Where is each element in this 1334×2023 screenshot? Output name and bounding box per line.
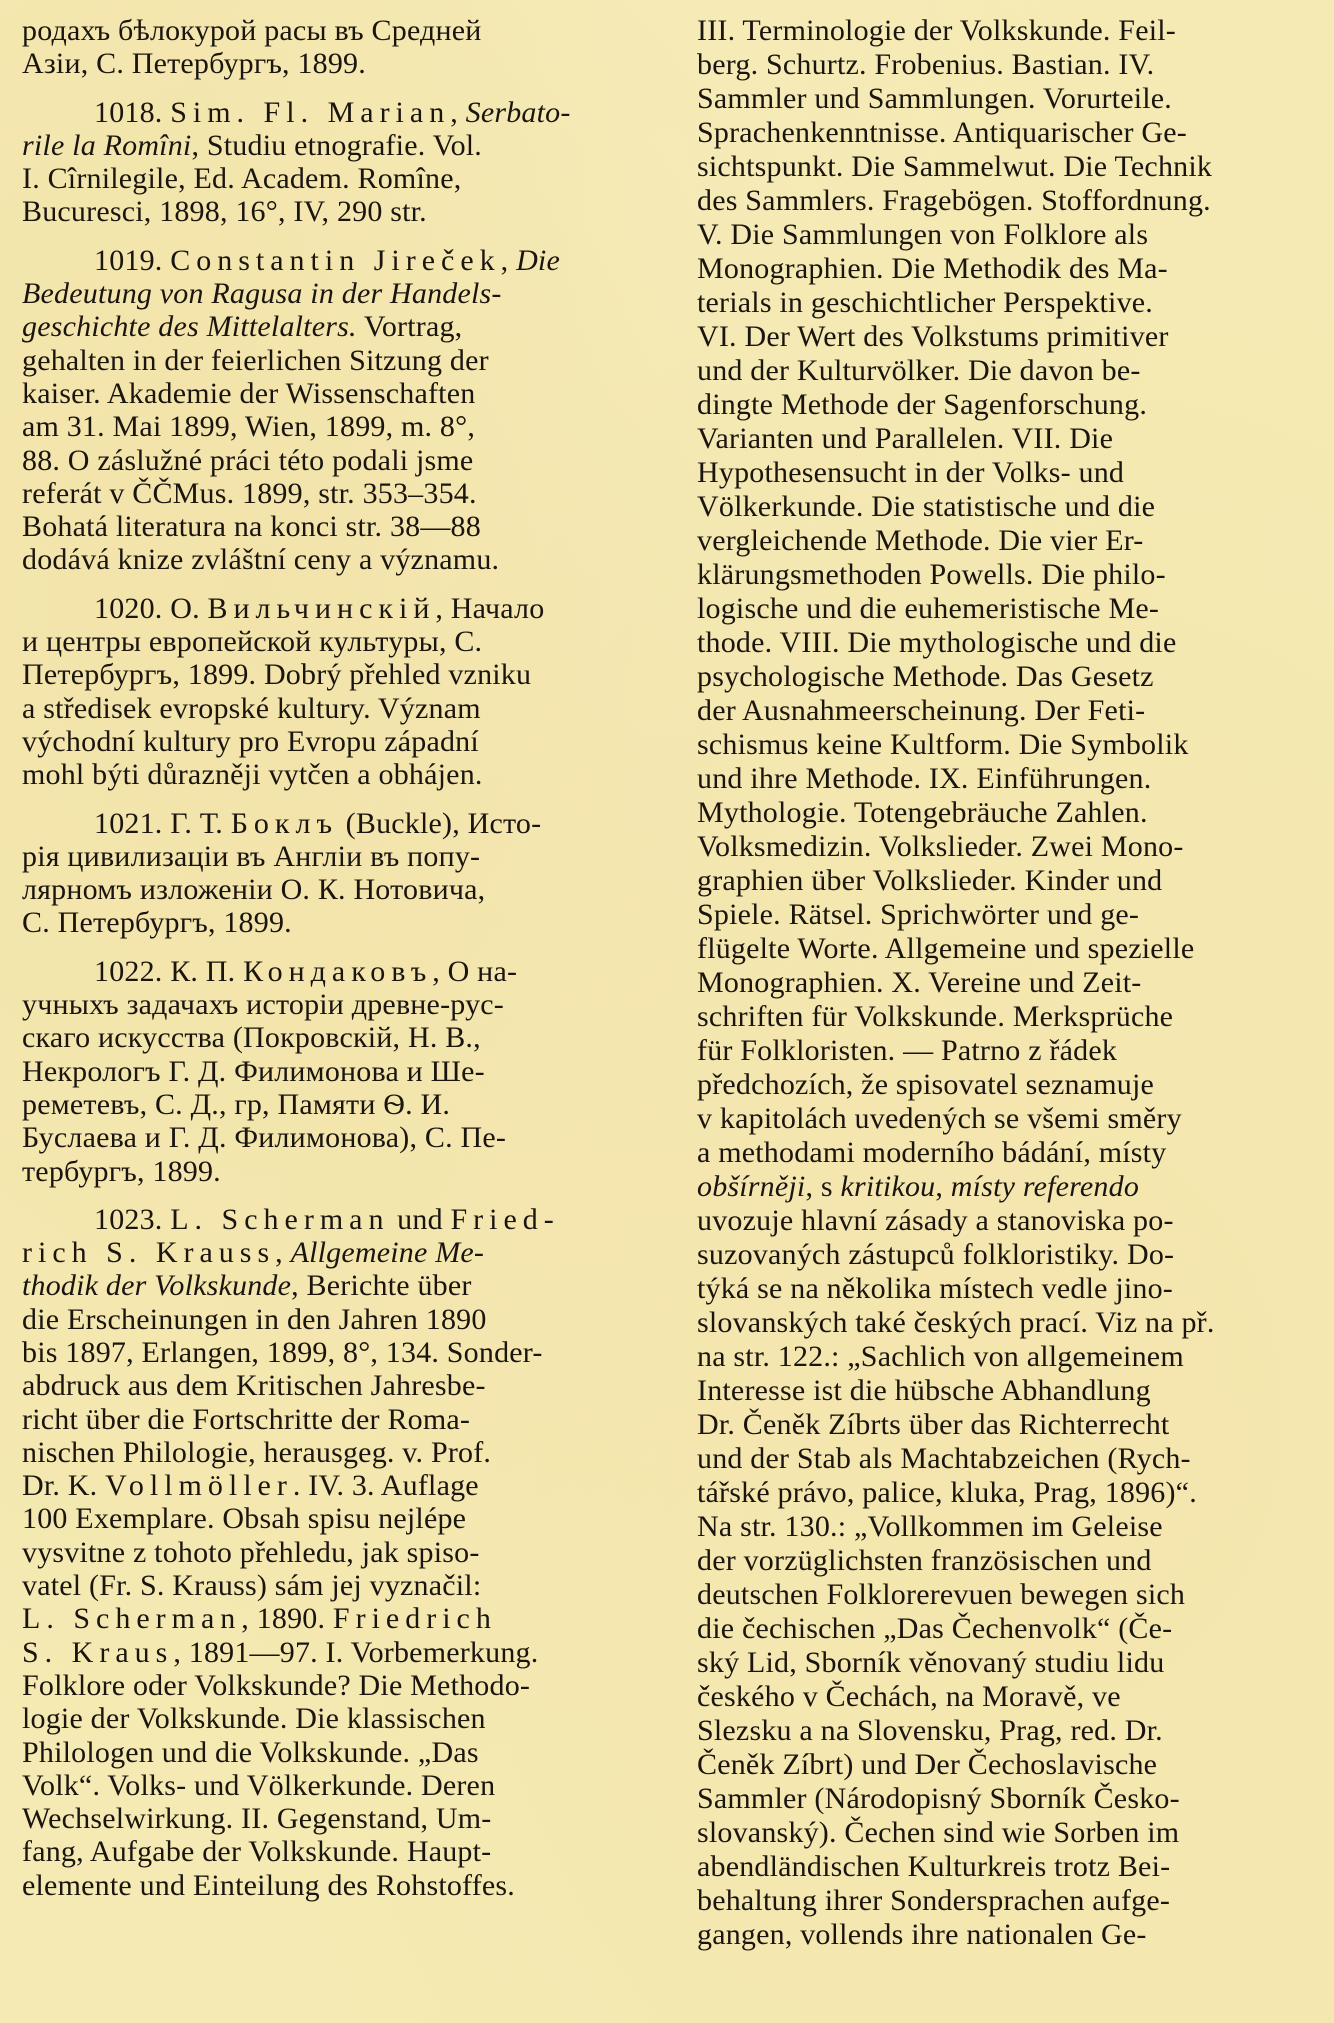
text-run: , Berichte über [291, 1269, 471, 1302]
italic-title: kritikou [840, 1170, 935, 1203]
text-line: kaiser. Akademie der Wissenschaften [22, 377, 642, 410]
left-column: родахъ бѣлокурой расы въ СреднейАзіи, С.… [22, 14, 642, 1917]
text-run: abdruck aus dem Kritischen Jahresbe- [22, 1369, 486, 1402]
text-run: , О на- [432, 955, 517, 988]
text-line: Slezsku a na Slovensku, Prag, red. Dr. [697, 1714, 1317, 1748]
text-line: rile la Romîni, Studiu etnografie. Vol. [22, 129, 642, 162]
text-line: der Ausnahmeerscheinung. Der Feti- [697, 694, 1317, 728]
text-run: gangen, vollends ihre nationalen Ge- [697, 1918, 1147, 1951]
spaced-author-name: Sim. Fl. Marian [170, 96, 450, 129]
italic-title: Die [516, 244, 560, 277]
text-line: am 31. Mai 1899, Wien, 1899, m. 8°, [22, 410, 642, 443]
italic-title: Bedeutung von Ragusa in der Handels- [22, 277, 502, 310]
text-line: 1023. L. Scherman und Fried- [22, 1203, 642, 1236]
text-run: der Ausnahmeerscheinung. Der Feti- [697, 694, 1145, 727]
italic-title: místy referendo [951, 1170, 1139, 1203]
text-line: родахъ бѣлокурой расы въ Средней [22, 14, 642, 47]
spaced-author-name: Кондаковъ [243, 955, 432, 988]
text-run: 100 Exemplare. Obsah spisu nejlépe [22, 1502, 466, 1535]
text-line: Čeněk Zíbrt) und Der Čechoslavische [697, 1748, 1317, 1782]
text-line: psychologische Methode. Das Gesetz [697, 660, 1317, 694]
text-line: východní kultury pro Evropu západní [22, 725, 642, 758]
text-line: реметевъ, С. Д., гр, Памяти Ѳ. И. [22, 1088, 642, 1121]
spaced-author-name: Vollmöller [105, 1469, 293, 1502]
text-line: лярномъ изложеніи О. К. Нотовича, [22, 873, 642, 906]
text-line: Na str. 130.: „Vollkommen im Geleise [697, 1510, 1317, 1544]
text-run: Азіи, С. Петербургъ, 1899. [22, 47, 366, 80]
text-line: 1019. Constantin Jireček, Die [22, 244, 714, 277]
text-run: předchozích, že spisovatel seznamuje [697, 1068, 1154, 1101]
text-line: gehalten in der feierlichen Sitzung der [22, 344, 642, 377]
text-line: учныхъ задачахъ исторіи древне-рус- [22, 988, 642, 1021]
text-line: vatel (Fr. S. Krauss) sám jej vyznačil: [22, 1569, 642, 1602]
text-run: Slezsku a na Slovensku, Prag, red. Dr. [697, 1714, 1163, 1747]
text-run: referát v ČČMus. 1899, str. 353–354. [22, 477, 477, 510]
text-run: und der Stab als Machtabzeichen (Rych- [697, 1442, 1191, 1475]
text-run: berg. Schurtz. Frobenius. Bastian. IV. [697, 48, 1154, 81]
text-run: Spiele. Rätsel. Sprichwörter und ge- [697, 898, 1139, 931]
bibliography-entry: родахъ бѣлокурой расы въ СреднейАзіи, С.… [22, 14, 642, 81]
text-run: Völkerkunde. Die statistische und die [697, 490, 1155, 523]
text-line: deutschen Folklorerevuen bewegen sich [697, 1578, 1317, 1612]
text-line: obšírněji, s kritikou, místy referendo [697, 1170, 1317, 1204]
text-line: Sammler und Sammlungen. Vorurteile. [697, 82, 1317, 116]
text-line: thodik der Volkskunde, Berichte über [22, 1269, 642, 1302]
spaced-author-name: S. Kraus [22, 1636, 173, 1669]
text-run: С. Петербургъ, 1899. [22, 906, 292, 939]
italic-title: thodik der Volkskunde [22, 1269, 291, 1302]
text-run: III. Terminologie der Volkskunde. Feil- [697, 14, 1176, 47]
spaced-author-name: Friedrich [333, 1602, 497, 1635]
text-run: Wechselwirkung. II. Gegenstand, Um- [22, 1802, 491, 1835]
document-page: родахъ бѣлокурой расы въ СреднейАзіи, С.… [0, 0, 1334, 2023]
text-line: Hypothesensucht in der Volks- und [697, 456, 1317, 490]
text-run: Volk“. Volks- und Völkerkunde. Deren [22, 1769, 495, 1802]
text-line: Volk“. Volks- und Völkerkunde. Deren [22, 1769, 642, 1802]
text-line: terials in geschichtlicher Perspektive. [697, 286, 1317, 320]
text-run: slovanský). Čechen sind wie Sorben im [697, 1816, 1179, 1849]
text-line: Петербургъ, 1899. Dobrý přehled vzniku [22, 658, 642, 691]
text-line: vysvitne z tohoto přehledu, jak spiso- [22, 1536, 642, 1569]
text-run: Na str. 130.: „Vollkommen im Geleise [697, 1510, 1163, 1543]
text-line: Sprachenkenntnisse. Antiquarischer Ge- [697, 116, 1317, 150]
italic-title: Serbato- [466, 96, 571, 129]
text-run: (Buckle), Исто- [338, 807, 541, 840]
text-line: Folklore oder Volkskunde? Die Methodo- [22, 1669, 642, 1702]
text-line: des Sammlers. Fragebögen. Stoffordnung. [697, 184, 1317, 218]
text-line: sichtspunkt. Die Sammelwut. Die Technik [697, 150, 1317, 184]
bibliography-entry: III. Terminologie der Volkskunde. Feil-b… [697, 14, 1317, 1952]
text-line: logie der Volkskunde. Die klassischen [22, 1702, 642, 1735]
text-run: и центры европейской культуры, С. [22, 625, 482, 658]
text-line: Volksmedizin. Volkslieder. Zwei Mono- [697, 830, 1317, 864]
text-run: Sammler und Sammlungen. Vorurteile. [697, 82, 1172, 115]
text-line: rich S. Krauss, Allgemeine Me- [22, 1236, 642, 1269]
text-line: 1022. К. П. Кондаковъ, О на- [22, 955, 642, 988]
text-line: Monographien. Die Methodik des Ma- [697, 252, 1317, 286]
text-line: für Folkloristen. — Patrno z řádek [697, 1034, 1317, 1068]
text-run: bis 1897, Erlangen, 1899, 8°, 134. Sonde… [22, 1336, 543, 1369]
text-run: Monographien. Die Methodik des Ma- [697, 252, 1168, 285]
text-line: Dr. Čeněk Zíbrts über das Richterrecht [697, 1408, 1317, 1442]
text-run: fang, Aufgabe der Volkskunde. Haupt- [22, 1835, 491, 1868]
text-run: dingte Methode der Sagenforschung. [697, 388, 1147, 421]
text-line: thode. VIII. Die mythologische und die [697, 626, 1317, 660]
text-line: скаго искусства (Покровскій, Н. В., [22, 1021, 642, 1054]
bibliography-entry: 1022. К. П. Кондаковъ, О на-учныхъ задач… [22, 955, 642, 1188]
text-run: Mythologie. Totengebräuche Zahlen. [697, 796, 1148, 829]
text-run: týká se na několika místech vedle jino- [697, 1272, 1173, 1305]
text-line: uvozuje hlavní zásady a stanoviska po- [697, 1204, 1317, 1238]
text-run: terials in geschichtlicher Perspektive. [697, 286, 1153, 319]
text-run: v kapitolách uvedených se všemi směry [697, 1102, 1182, 1135]
italic-title: Allgemeine Me- [291, 1236, 485, 1269]
text-run: Čeněk Zíbrt) und Der Čechoslavische [697, 1748, 1157, 1781]
spaced-author-name: Вильчинскій [207, 592, 435, 625]
text-run: , [450, 96, 465, 129]
right-column: III. Terminologie der Volkskunde. Feil-b… [697, 14, 1317, 1967]
text-line: logische und die euhemeristische Me- [697, 592, 1317, 626]
text-line: a methodami moderního bádání, místy [697, 1136, 1317, 1170]
text-line: ský Lid, Sborník věnovaný studiu lidu [697, 1646, 1317, 1680]
text-line: vergleichende Methode. Die vier Er- [697, 524, 1317, 558]
text-line: тербургъ, 1899. [22, 1155, 642, 1188]
text-run: behaltung ihrer Sondersprachen aufge- [697, 1884, 1170, 1917]
text-line: I. Cîrnilegile, Ed. Academ. Romîne, [22, 162, 642, 195]
bibliography-entry: 1020. О. Вильчинскій, Началои центры евр… [22, 592, 642, 792]
text-run: тербургъ, 1899. [22, 1155, 221, 1188]
text-run: 88. O záslužné práci této podali jsme [22, 444, 473, 477]
text-run: Петербургъ, 1899. Dobrý přehled vzniku [22, 658, 531, 691]
text-run: die čechischen „Das Čechenvolk“ (Če- [697, 1612, 1172, 1645]
text-run: dodává knize zvláštní ceny a významu. [22, 543, 499, 576]
text-run: flügelte Worte. Allgemeine und spezielle [697, 932, 1194, 965]
text-line: klärungsmethoden Powells. Die philo- [697, 558, 1317, 592]
text-run: východní kultury pro Evropu západní [22, 725, 479, 758]
text-run: Sammler (Národopisný Sborník Česko- [697, 1782, 1180, 1815]
text-line: fang, Aufgabe der Volkskunde. Haupt- [22, 1835, 642, 1868]
text-run: V. Die Sammlungen von Folklore als [697, 218, 1148, 251]
bibliography-entry: 1021. Г. Т. Боклъ (Buckle), Исто-рія цив… [22, 807, 642, 940]
text-run: tářské právo, palice, kluka, Prag, 1896)… [697, 1476, 1197, 1509]
text-run: реметевъ, С. Д., гр, Памяти Ѳ. И. [22, 1088, 450, 1121]
text-run: für Folkloristen. — Patrno z řádek [697, 1034, 1117, 1067]
text-line: 88. O záslužné práci této podali jsme [22, 444, 642, 477]
text-run: suzovaných zástupců folkloristiky. Do- [697, 1238, 1174, 1271]
text-run: Bohatá literatura na konci str. 38—88 [22, 510, 481, 543]
text-line: Philologen und die Volkskunde. „Das [22, 1736, 642, 1769]
text-run: logische und die euhemeristische Me- [697, 592, 1159, 625]
text-run: , 1890. [241, 1602, 333, 1635]
text-run: Hypothesensucht in der Volks- und [697, 456, 1124, 489]
spaced-author-name: rich S. Krauss [22, 1236, 275, 1269]
text-run: Folklore oder Volkskunde? Die Methodo- [22, 1669, 530, 1702]
text-run: der vorzüglichsten französischen und [697, 1544, 1152, 1577]
text-line: graphien über Volkslieder. Kinder und [697, 864, 1317, 898]
text-line: Sammler (Národopisný Sborník Česko- [697, 1782, 1317, 1816]
text-run: 1022. К. П. [94, 955, 243, 988]
text-run: kaiser. Akademie der Wissenschaften [22, 377, 475, 410]
text-line: С. Петербургъ, 1899. [22, 906, 642, 939]
text-run: vergleichende Methode. Die vier Er- [697, 524, 1144, 557]
text-run: nischen Philologie, herausgeg. v. Prof. [22, 1436, 491, 1469]
text-line: behaltung ihrer Sondersprachen aufge- [697, 1884, 1317, 1918]
bibliography-entry: 1018. Sim. Fl. Marian, Serbato-rile la R… [22, 96, 642, 229]
text-line: schismus keine Kultform. Die Symbolik [697, 728, 1317, 762]
text-run: a methodami moderního bádání, místy [697, 1136, 1166, 1169]
text-line: mohl býti důrazněji vytčen a obhájen. [22, 758, 642, 791]
text-line: slovanský). Čechen sind wie Sorben im [697, 1816, 1317, 1850]
text-line: referát v ČČMus. 1899, str. 353–354. [22, 477, 642, 510]
text-line: S. Kraus, 1891—97. I. Vorbemerkung. [22, 1636, 642, 1669]
text-run: psychologische Methode. Das Gesetz [697, 660, 1154, 693]
text-run: , Начало [435, 592, 544, 625]
text-line: Bucuresci, 1898, 16°, IV, 290 str. [22, 195, 642, 228]
text-run: Sprachenkenntnisse. Antiquarischer Ge- [697, 116, 1187, 149]
text-run: schismus keine Kultform. Die Symbolik [697, 728, 1189, 761]
text-run: скаго искусства (Покровскій, Н. В., [22, 1021, 481, 1054]
text-run: . IV. 3. Auflage [293, 1469, 479, 1502]
text-run: na str. 122.: „Sachlich von allgemeinem [697, 1340, 1184, 1373]
text-run: Philologen und die Volkskunde. „Das [22, 1736, 479, 1769]
text-line: suzovaných zástupců folkloristiky. Do- [697, 1238, 1317, 1272]
text-run: VI. Der Wert des Volkstums primitiver [697, 320, 1169, 353]
text-line: Mythologie. Totengebräuche Zahlen. [697, 796, 1317, 830]
text-line: a středisek evropské kultury. Význam [22, 692, 642, 725]
text-run: учныхъ задачахъ исторіи древне-рус- [22, 988, 504, 1021]
text-run: thode. VIII. Die mythologische und die [697, 626, 1176, 659]
text-run: mohl býti důrazněji vytčen a obhájen. [22, 758, 483, 791]
text-run: рія цивилизаціи въ Англіи въ попу- [22, 840, 480, 873]
text-line: III. Terminologie der Volkskunde. Feil- [697, 14, 1317, 48]
text-line: die čechischen „Das Čechenvolk“ (Če- [697, 1612, 1317, 1646]
text-line: českého v Čechách, na Moravě, ve [697, 1680, 1317, 1714]
text-run: abendländischen Kulturkreis trotz Bei- [697, 1850, 1170, 1883]
spaced-author-name: L. Scherman [170, 1203, 389, 1236]
text-run: uvozuje hlavní zásady a stanoviska po- [697, 1204, 1174, 1237]
text-run: Некрологъ Г. Д. Филимонова и Ше- [22, 1055, 485, 1088]
text-line: 1020. О. Вильчинскій, Начало [22, 592, 642, 625]
spaced-author-name: Fried- [450, 1203, 559, 1236]
text-run: Vortrag, [357, 310, 463, 343]
text-line: berg. Schurtz. Frobenius. Bastian. IV. [697, 48, 1317, 82]
text-line: und der Kulturvölker. Die davon be- [697, 354, 1317, 388]
text-line: L. Scherman, 1890. Friedrich [22, 1602, 642, 1635]
text-line: 1021. Г. Т. Боклъ (Buckle), Исто- [22, 807, 714, 840]
text-run: und ihre Methode. IX. Einführungen. [697, 762, 1151, 795]
text-run: des Sammlers. Fragebögen. Stoffordnung. [697, 184, 1211, 217]
text-run: , s [805, 1170, 840, 1203]
text-line: gangen, vollends ihre nationalen Ge- [697, 1918, 1317, 1952]
text-run: Буслаева и Г. Д. Филимонова), С. Пе- [22, 1121, 506, 1154]
bibliography-entry: 1023. L. Scherman und Fried-rich S. Krau… [22, 1203, 642, 1902]
text-line: Varianten und Parallelen. VII. Die [697, 422, 1317, 456]
text-run: , Studiu etnografie. Vol. [191, 129, 482, 162]
text-run: лярномъ изложеніи О. К. Нотовича, [22, 873, 485, 906]
text-line: Völkerkunde. Die statistische und die [697, 490, 1317, 524]
text-run: elemente und Einteilung des Rohstoffes. [22, 1869, 515, 1902]
text-run: ský Lid, Sborník věnovaný studiu lidu [697, 1646, 1164, 1679]
spaced-author-name: Боклъ [231, 807, 338, 840]
text-line: dodává knize zvláštní ceny a významu. [22, 543, 642, 576]
text-line: Monographien. X. Vereine und Zeit- [697, 966, 1317, 1000]
text-run: am 31. Mai 1899, Wien, 1899, m. 8°, [22, 410, 475, 443]
spaced-author-name: L. Scherman [22, 1602, 241, 1635]
text-run: Monographien. X. Vereine und Zeit- [697, 966, 1141, 999]
text-line: VI. Der Wert des Volkstums primitiver [697, 320, 1317, 354]
text-run: Dr. Čeněk Zíbrts über das Richterrecht [697, 1408, 1169, 1441]
text-line: Bedeutung von Ragusa in der Handels- [22, 277, 642, 310]
text-run: und [389, 1203, 450, 1236]
text-run: graphien über Volkslieder. Kinder und [697, 864, 1162, 897]
text-run: die Erscheinungen in den Jahren 1890 [22, 1303, 487, 1336]
text-line: dingte Methode der Sagenforschung. [697, 388, 1317, 422]
text-run: vatel (Fr. S. Krauss) sám jej vyznačil: [22, 1569, 481, 1602]
text-run: Interesse ist die hübsche Abhandlung [697, 1374, 1151, 1407]
text-run: , [935, 1170, 950, 1203]
text-line: richt über die Fortschritte der Roma- [22, 1403, 642, 1436]
text-run: Dr. K. [22, 1469, 105, 1502]
spaced-author-name: Constantin Jireček [170, 244, 500, 277]
text-run: und der Kulturvölker. Die davon be- [697, 354, 1141, 387]
text-line: geschichte des Mittelalters. Vortrag, [22, 310, 642, 343]
text-run: Volksmedizin. Volkslieder. Zwei Mono- [697, 830, 1184, 863]
text-line: 100 Exemplare. Obsah spisu nejlépe [22, 1502, 642, 1535]
text-run: , [501, 244, 516, 277]
text-line: flügelte Worte. Allgemeine und spezielle [697, 932, 1317, 966]
text-line: abendländischen Kulturkreis trotz Bei- [697, 1850, 1317, 1884]
text-run: I. Cîrnilegile, Ed. Academ. Romîne, [22, 162, 461, 195]
text-line: Wechselwirkung. II. Gegenstand, Um- [22, 1802, 642, 1835]
text-line: schriften für Volkskunde. Merksprüche [697, 1000, 1317, 1034]
text-line: bis 1897, Erlangen, 1899, 8°, 134. Sonde… [22, 1336, 642, 1369]
text-line: die Erscheinungen in den Jahren 1890 [22, 1303, 642, 1336]
text-line: V. Die Sammlungen von Folklore als [697, 218, 1317, 252]
text-run: richt über die Fortschritte der Roma- [22, 1403, 470, 1436]
italic-title: geschichte des Mittelalters. [22, 310, 357, 343]
text-run: deutschen Folklorerevuen bewegen sich [697, 1578, 1185, 1611]
text-run: vysvitne z tohoto přehledu, jak spiso- [22, 1536, 480, 1569]
italic-title: rile la Romîni [22, 129, 191, 162]
text-run: českého v Čechách, na Moravě, ve [697, 1680, 1121, 1713]
text-line: Буслаева и Г. Д. Филимонова), С. Пе- [22, 1121, 642, 1154]
text-line: 1018. Sim. Fl. Marian, Serbato- [22, 96, 642, 129]
text-run: gehalten in der feierlichen Sitzung der [22, 344, 489, 377]
text-run: 1023. [94, 1203, 170, 1236]
text-run: , 1891—97. I. Vorbemerkung. [173, 1636, 538, 1669]
text-line: abdruck aus dem Kritischen Jahresbe- [22, 1369, 642, 1402]
text-line: elemente und Einteilung des Rohstoffes. [22, 1869, 642, 1902]
text-run: schriften für Volkskunde. Merksprüche [697, 1000, 1173, 1033]
text-run: logie der Volkskunde. Die klassischen [22, 1702, 486, 1735]
text-line: und ihre Methode. IX. Einführungen. [697, 762, 1317, 796]
text-line: Некрологъ Г. Д. Филимонова и Ше- [22, 1055, 642, 1088]
text-run: Varianten und Parallelen. VII. Die [697, 422, 1113, 455]
text-line: slovanských také českých prací. Viz na p… [697, 1306, 1317, 1340]
text-line: Spiele. Rätsel. Sprichwörter und ge- [697, 898, 1317, 932]
text-run: 1020. О. [94, 592, 207, 625]
text-run: Bucuresci, 1898, 16°, IV, 290 str. [22, 195, 427, 228]
text-run: 1019. [94, 244, 170, 277]
text-line: předchozích, že spisovatel seznamuje [697, 1068, 1317, 1102]
text-run: a středisek evropské kultury. Význam [22, 692, 481, 725]
text-line: Interesse ist die hübsche Abhandlung [697, 1374, 1317, 1408]
text-run: slovanských také českých prací. Viz na p… [697, 1306, 1215, 1339]
text-line: v kapitolách uvedených se všemi směry [697, 1102, 1317, 1136]
text-line: der vorzüglichsten französischen und [697, 1544, 1317, 1578]
bibliography-entry: 1019. Constantin Jireček, DieBedeutung v… [22, 244, 642, 577]
text-run: 1018. [94, 96, 170, 129]
text-line: nischen Philologie, herausgeg. v. Prof. [22, 1436, 642, 1469]
italic-title: obšírněji [697, 1170, 805, 1203]
text-run: sichtspunkt. Die Sammelwut. Die Technik [697, 150, 1212, 183]
text-line: Азіи, С. Петербургъ, 1899. [22, 47, 642, 80]
text-line: tářské právo, palice, kluka, Prag, 1896)… [697, 1476, 1317, 1510]
text-line: рія цивилизаціи въ Англіи въ попу- [22, 840, 642, 873]
text-run: klärungsmethoden Powells. Die philo- [697, 558, 1166, 591]
text-run: родахъ бѣлокурой расы въ Средней [22, 14, 482, 47]
text-line: und der Stab als Machtabzeichen (Rych- [697, 1442, 1317, 1476]
text-line: и центры европейской культуры, С. [22, 625, 642, 658]
text-run: 1021. Г. Т. [94, 807, 231, 840]
text-line: na str. 122.: „Sachlich von allgemeinem [697, 1340, 1317, 1374]
text-line: Bohatá literatura na konci str. 38—88 [22, 510, 642, 543]
text-line: Dr. K. Vollmöller. IV. 3. Auflage [22, 1469, 642, 1502]
text-run: , [275, 1236, 290, 1269]
text-line: týká se na několika místech vedle jino- [697, 1272, 1317, 1306]
